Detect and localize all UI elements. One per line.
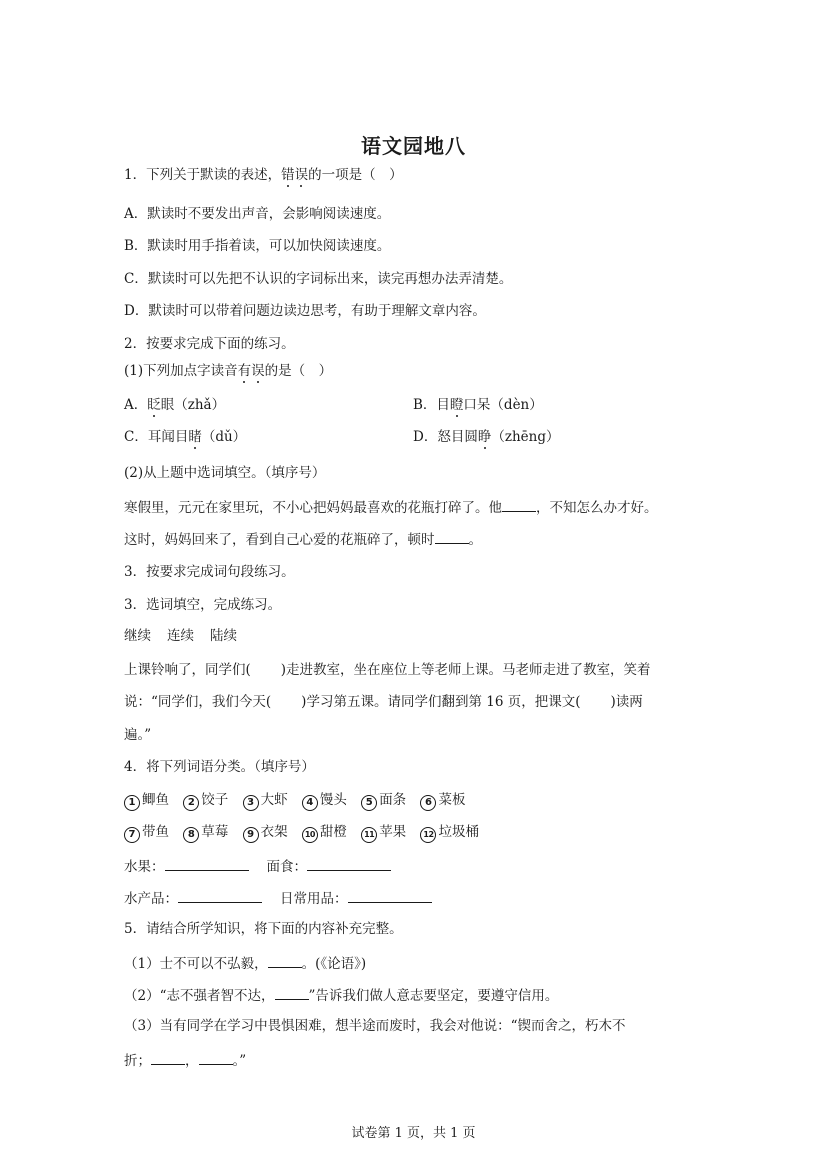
- question-3-stem: 3．按要求完成词句段练习。: [124, 563, 295, 581]
- word-item: 菜板: [438, 792, 465, 808]
- category-row-1: 水果：面食：: [124, 856, 391, 876]
- word-item: 馒头: [320, 792, 347, 808]
- option-text: 眼（zhǎ）: [161, 397, 225, 413]
- number-circle: 9: [243, 827, 259, 843]
- number-circle: 7: [124, 827, 140, 843]
- passage-text: 上课铃响了，同学们(: [124, 662, 251, 678]
- number-circle: 10: [302, 827, 318, 843]
- paragraph-text: 这时，妈妈回来了，看到自己心爱的花瓶碎了，顿时: [124, 532, 435, 548]
- q2-option-c: C．耳闻目睹（dǔ）: [124, 428, 246, 446]
- word-item: 垃圾桶: [438, 824, 479, 840]
- number-circle: 11: [361, 827, 377, 843]
- page-title: 语文园地八: [0, 130, 827, 159]
- fill-blank[interactable]: [502, 497, 536, 512]
- fill-blank[interactable]: [268, 953, 302, 968]
- q1-option-c: C．默读时可以先把不认识的字词标出来，读完再想办法弄清楚。: [124, 270, 512, 288]
- number-circle: 5: [361, 795, 377, 811]
- question-2-sub2: (2)从上题中选词填空。（填序号）: [124, 464, 325, 482]
- q3-passage-line-2: 说：“同学们，我们今天()学习第五课。请同学们翻到第 16 页，把课文()读两: [124, 693, 643, 711]
- fruit-blank[interactable]: [165, 856, 249, 871]
- passage-text: )读两: [610, 694, 642, 710]
- item-text: ”告诉我们做人意志要坚定，要遵守信用。: [309, 988, 559, 1004]
- question-3-sub: 3．选词填空，完成练习。: [124, 596, 281, 614]
- question-2-stem: 2．按要求完成下面的练习。: [124, 335, 295, 353]
- category-label: 面食：: [267, 859, 308, 875]
- word-item: 衣架: [261, 824, 288, 840]
- paragraph-text: ，不知怎么办才好。: [536, 500, 658, 516]
- word-item: 带鱼: [142, 824, 169, 840]
- word-choice: 继续: [124, 628, 151, 644]
- number-circle: 1: [124, 795, 140, 811]
- option-text: 耳闻目: [148, 429, 189, 445]
- number-circle: 6: [420, 795, 436, 811]
- word-list-row-1: 1鲫鱼 2饺子 3大虾 4馒头 5面条 6菜板: [124, 791, 465, 811]
- passage-text: )学习第五课。请同学们翻到第 16 页，把课文(: [301, 694, 580, 710]
- number-circle: 3: [243, 795, 259, 811]
- passage-text: 说：“同学们，我们今天(: [124, 694, 271, 710]
- number-circle: 8: [183, 827, 199, 843]
- option-text: 目: [436, 397, 450, 413]
- option-text: 怒目圆: [437, 429, 478, 445]
- item-text: 。”: [233, 1053, 247, 1069]
- q1-option-d: D．默读时可以带着问题边读边思考，有助于理解文章内容。: [124, 302, 486, 320]
- emphasis-char: 睁: [478, 429, 492, 445]
- item-text: （1）士不可以不弘毅，: [124, 956, 268, 972]
- option-label: A．: [124, 397, 147, 413]
- word-item: 苹果: [379, 824, 406, 840]
- q5-item-3-cont: 折；，。”: [124, 1050, 246, 1070]
- word-choice: 陆续: [210, 628, 237, 644]
- word-item: 面条: [379, 792, 406, 808]
- fill-blank[interactable]: [275, 985, 309, 1000]
- emphasis-char: 有: [238, 363, 252, 379]
- q5-item-1: （1）士不可以不弘毅，。(《论语》): [124, 953, 366, 973]
- category-row-2: 水产品：日常用品：: [124, 888, 432, 908]
- aquatic-blank[interactable]: [178, 888, 262, 903]
- emphasis-char: 眨: [147, 397, 161, 413]
- page-footer: 试卷第 1 页，共 1 页: [0, 1122, 827, 1141]
- number-circle: 2: [183, 795, 199, 811]
- emphasis-char: 睹: [188, 429, 202, 445]
- passage-text: )走进教室，坐在座位上等老师上课。马老师走进了教室，笑着: [281, 662, 651, 678]
- question-1-stem: 1．下列关于默读的表述，错误的一项是（ ）: [124, 166, 403, 184]
- fill-blank[interactable]: [435, 529, 469, 544]
- word-item: 饺子: [201, 792, 228, 808]
- stem-text: 1．下列关于默读的表述，: [124, 167, 281, 183]
- number-circle: 12: [420, 827, 436, 843]
- option-text: （zhēng）: [491, 429, 559, 445]
- word-item: 大虾: [261, 792, 288, 808]
- word-choice: 连续: [167, 628, 194, 644]
- emphasis-char: 瞪: [450, 397, 464, 413]
- emphasis-char: 误: [251, 363, 265, 379]
- q2-option-a: A．眨眼（zhǎ）: [124, 396, 225, 414]
- question-5-stem: 5．请结合所学知识，将下面的内容补充完整。: [124, 920, 403, 938]
- item-text: ，: [185, 1053, 199, 1069]
- option-text: 口呆（dèn）: [463, 397, 542, 413]
- paragraph-text: 寒假里，元元在家里玩，不小心把妈妈最喜欢的花瓶打碎了。他: [124, 500, 502, 516]
- item-text: 。(《论语》): [302, 956, 367, 972]
- q2-option-b: B．目瞪口呆（dèn）: [413, 396, 543, 414]
- option-label: C．: [124, 429, 148, 445]
- q1-option-b: B．默读时用手指着读，可以加快阅读速度。: [124, 237, 390, 255]
- q3-passage-line-1: 上课铃响了，同学们()走进教室，坐在座位上等老师上课。马老师走进了教室，笑着: [124, 661, 651, 679]
- stem-text: 的是（ ）: [265, 363, 333, 379]
- category-label: 水果：: [124, 859, 165, 875]
- category-label: 日常用品：: [280, 891, 348, 907]
- question-2-sub1: (1)下列加点字读音有误的是（ ）: [124, 362, 332, 380]
- word-item: 甜橙: [320, 824, 347, 840]
- stem-text: (1)下列加点字读音: [124, 363, 238, 379]
- q3-passage-line-3: 遍。”: [124, 726, 151, 744]
- word-choices: 继续连续陆续: [124, 627, 237, 645]
- fill-blank[interactable]: [151, 1050, 185, 1065]
- q2-paragraph-line-2: 这时，妈妈回来了，看到自己心爱的花瓶碎了，顿时。: [124, 529, 482, 549]
- daily-goods-blank[interactable]: [348, 888, 432, 903]
- word-item: 鲫鱼: [142, 792, 169, 808]
- word-item: 草莓: [201, 824, 228, 840]
- q2-option-d: D．怒目圆睁（zhēng）: [413, 428, 559, 446]
- option-label: D．: [413, 429, 437, 445]
- item-text: （2）“志不强者智不达，: [124, 988, 275, 1004]
- q5-item-3: （3）当有同学在学习中畏惧困难，想半途而废时，我会对他说：“锲而舍之，朽木不: [124, 1017, 626, 1035]
- q5-item-2: （2）“志不强者智不达，”告诉我们做人意志要坚定，要遵守信用。: [124, 985, 558, 1005]
- q2-paragraph-line-1: 寒假里，元元在家里玩，不小心把妈妈最喜欢的花瓶打碎了。他，不知怎么办才好。: [124, 497, 658, 517]
- number-circle: 4: [302, 795, 318, 811]
- item-text: 折；: [124, 1053, 151, 1069]
- word-list-row-2: 7带鱼 8草莓 9衣架 10甜橙 11苹果 12垃圾桶: [124, 823, 479, 843]
- question-4-stem: 4．将下列词语分类。（填序号）: [124, 758, 315, 776]
- category-label: 水产品：: [124, 891, 178, 907]
- option-label: B．: [413, 397, 436, 413]
- noodle-blank[interactable]: [307, 856, 391, 871]
- stem-text: 的一项是（ ）: [308, 167, 403, 183]
- paragraph-text: 。: [469, 532, 483, 548]
- option-text: （dǔ）: [202, 429, 246, 445]
- emphasis-char: 误: [295, 167, 309, 183]
- emphasis-char: 错: [281, 167, 295, 183]
- q1-option-a: A．默读时不要发出声音，会影响阅读速度。: [124, 205, 390, 223]
- fill-blank[interactable]: [199, 1050, 233, 1065]
